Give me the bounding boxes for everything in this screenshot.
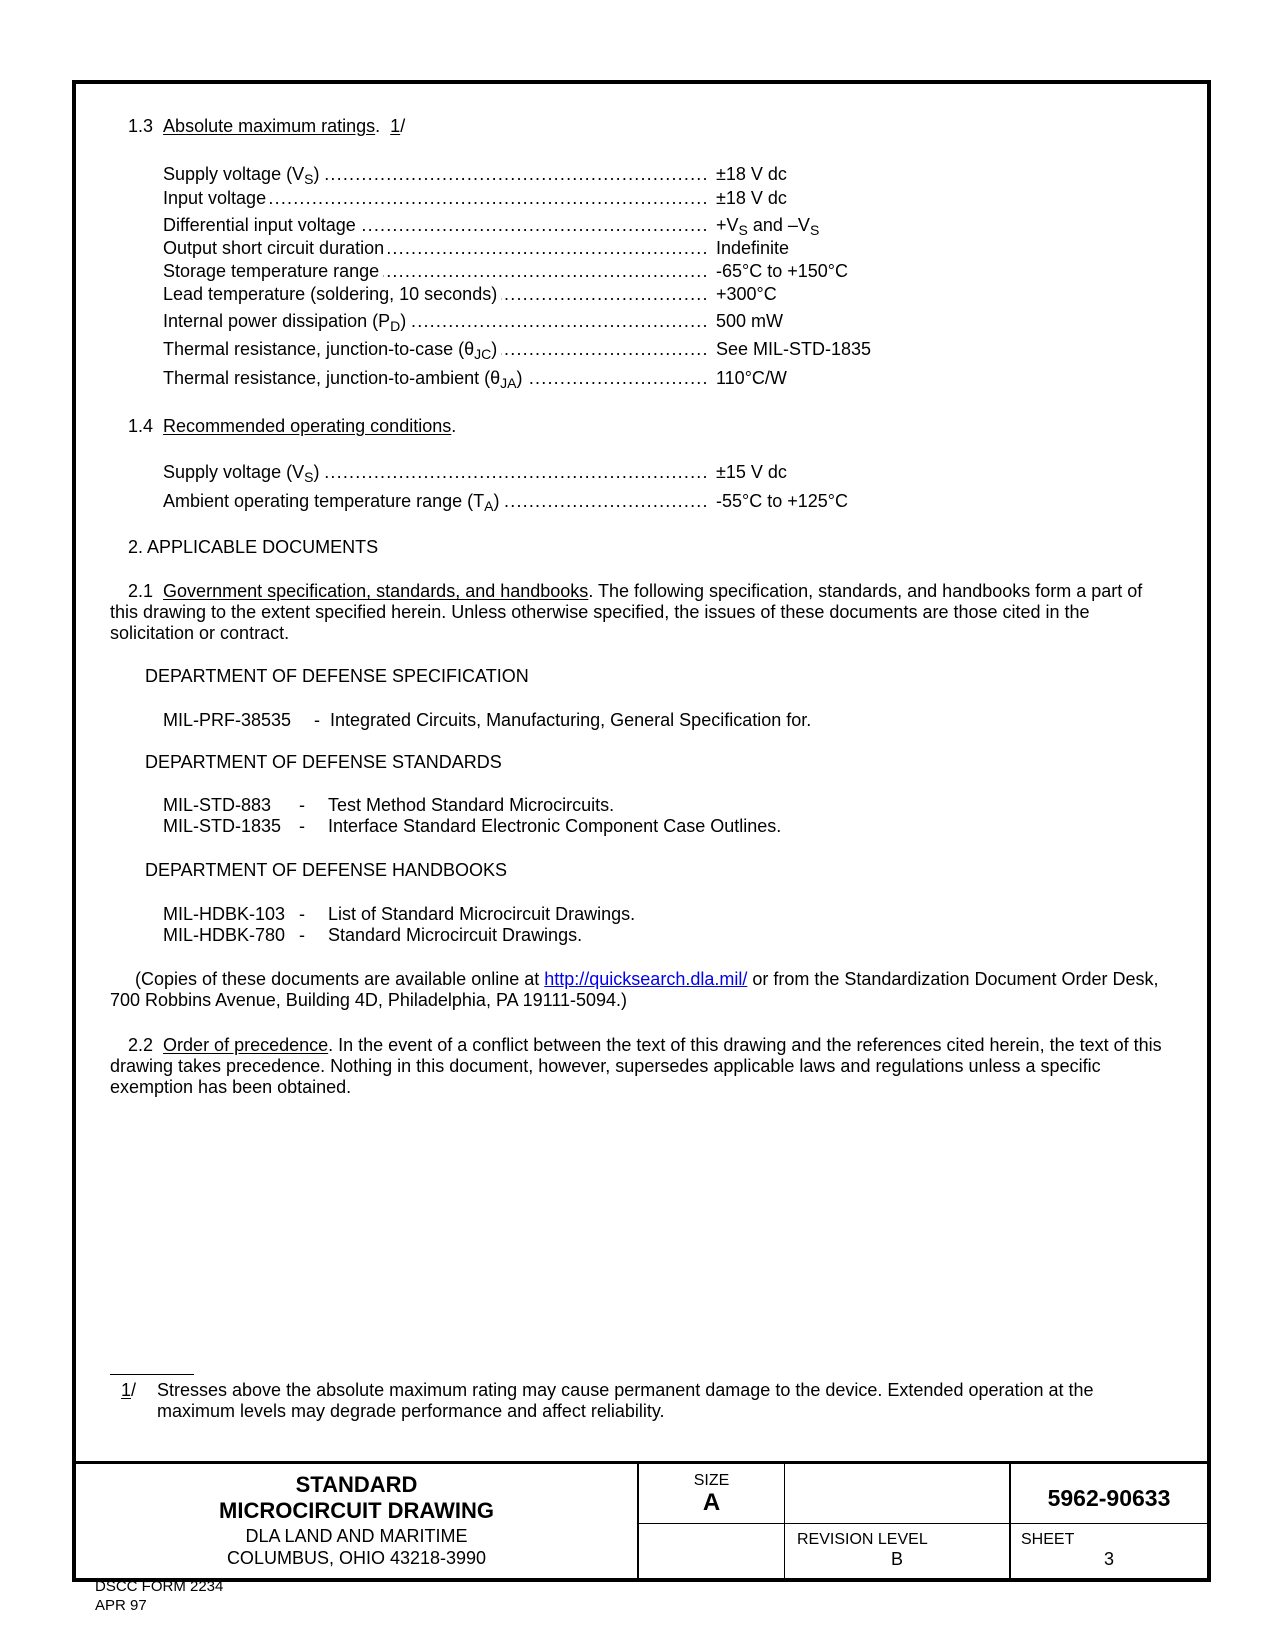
title-block-mid-rule bbox=[638, 1523, 1207, 1524]
rating-value: See MIL-STD-1835 bbox=[716, 339, 871, 360]
rating-value: +VS and –VS bbox=[716, 215, 819, 236]
quicksearch-link[interactable]: http://quicksearch.dla.mil/ bbox=[544, 969, 747, 989]
document-code: MIL-PRF-38535 bbox=[163, 710, 291, 731]
rating-label: Input voltage bbox=[163, 188, 270, 208]
document-title: Test Method Standard Microcircuits. bbox=[328, 795, 614, 816]
rating-value: -55°C to +125°C bbox=[716, 491, 848, 512]
rating-value: ±15 V dc bbox=[716, 462, 787, 483]
rating-label: Internal power dissipation (PD) bbox=[163, 311, 410, 331]
revision-label: REVISION LEVEL bbox=[797, 1530, 928, 1549]
rating-row: ........................................… bbox=[163, 215, 708, 236]
rating-label: Output short circuit duration bbox=[163, 238, 388, 258]
footnote-ref: 1 bbox=[390, 116, 400, 136]
rating-row: ........................................… bbox=[163, 491, 708, 512]
form-date: APR 97 bbox=[95, 1597, 147, 1615]
copies-text: (Copies of these documents are available… bbox=[135, 969, 544, 989]
section-number: 1.4 bbox=[128, 416, 153, 436]
document-title: Standard Microcircuit Drawings. bbox=[328, 925, 582, 946]
rating-row: ........................................… bbox=[163, 164, 708, 185]
document-title: Integrated Circuits, Manufacturing, Gene… bbox=[330, 710, 811, 731]
section-number: 2.1 bbox=[128, 581, 153, 601]
title-block-top-rule bbox=[76, 1461, 1207, 1464]
rating-row: ........................................… bbox=[163, 462, 708, 483]
rating-row: ........................................… bbox=[163, 238, 708, 259]
rating-value: 110°C/W bbox=[716, 368, 787, 389]
document-separator: - bbox=[314, 710, 320, 731]
document-code: MIL-HDBK-780 bbox=[163, 925, 285, 946]
document-separator: - bbox=[299, 925, 305, 946]
document-group-heading: DEPARTMENT OF DEFENSE HANDBOOKS bbox=[145, 860, 507, 881]
document-title: List of Standard Microcircuit Drawings. bbox=[328, 904, 635, 925]
drawing-number: 5962-90633 bbox=[1011, 1484, 1207, 1512]
footnote-slash: / bbox=[131, 1380, 136, 1400]
form-number: DSCC FORM 2234 bbox=[95, 1578, 223, 1596]
rating-label: Thermal resistance, junction-to-case (θJ… bbox=[163, 339, 501, 359]
section-title: Government specification, standards, and… bbox=[163, 581, 588, 601]
document-code: MIL-HDBK-103 bbox=[163, 904, 285, 925]
section-number: 1.3 bbox=[128, 116, 153, 136]
section-2-heading: 2. APPLICABLE DOCUMENTS bbox=[128, 537, 378, 558]
section-1-4-heading: 1.4 Recommended operating conditions. bbox=[128, 416, 456, 437]
rating-label: Supply voltage (VS) bbox=[163, 164, 323, 184]
rating-label: Lead temperature (soldering, 10 seconds) bbox=[163, 284, 501, 304]
copies-paragraph: (Copies of these documents are available… bbox=[110, 969, 1175, 1011]
document-separator: - bbox=[299, 904, 305, 925]
size-label: SIZE bbox=[639, 1471, 784, 1490]
section-2-2-paragraph: 2.2 Order of precedence. In the event of… bbox=[110, 1035, 1175, 1098]
org-name: DLA LAND AND MARITIME bbox=[76, 1526, 637, 1547]
sheet-value: 3 bbox=[1011, 1549, 1207, 1570]
rating-value: Indefinite bbox=[716, 238, 789, 259]
rating-row: ........................................… bbox=[163, 284, 708, 305]
title-standard: STANDARD bbox=[76, 1472, 637, 1498]
rating-value: 500 mW bbox=[716, 311, 783, 332]
footnote-number: 1 bbox=[121, 1380, 131, 1400]
rating-label: Thermal resistance, junction-to-ambient … bbox=[163, 368, 526, 388]
section-2-1-paragraph: 2.1 Government specification, standards,… bbox=[110, 581, 1175, 644]
rating-value: ±18 V dc bbox=[716, 164, 787, 185]
rating-value: ±18 V dc bbox=[716, 188, 787, 209]
section-title: Order of precedence bbox=[163, 1035, 328, 1055]
title-suffix: . bbox=[451, 416, 456, 436]
rating-row: ........................................… bbox=[163, 188, 708, 209]
document-group-heading: DEPARTMENT OF DEFENSE SPECIFICATION bbox=[145, 666, 529, 687]
document-separator: - bbox=[299, 795, 305, 816]
footnote-text: Stresses above the absolute maximum rati… bbox=[157, 1380, 1147, 1422]
revision-value: B bbox=[785, 1549, 1009, 1570]
section-title: Absolute maximum ratings bbox=[163, 116, 375, 136]
title-microcircuit-drawing: MICROCIRCUIT DRAWING bbox=[76, 1498, 637, 1524]
rating-row: ........................................… bbox=[163, 368, 708, 389]
document-separator: - bbox=[299, 816, 305, 837]
footnote-ref-suffix: / bbox=[400, 116, 405, 136]
rating-label: Differential input voltage bbox=[163, 215, 360, 235]
footnote-rule bbox=[110, 1374, 194, 1375]
document-code: MIL-STD-883 bbox=[163, 795, 271, 816]
document-code: MIL-STD-1835 bbox=[163, 816, 281, 837]
document-group-heading: DEPARTMENT OF DEFENSE STANDARDS bbox=[145, 752, 502, 773]
footnote-marker: 1/ bbox=[121, 1380, 136, 1401]
rating-row: ........................................… bbox=[163, 261, 708, 282]
rating-value: -65°C to +150°C bbox=[716, 261, 848, 282]
rating-label: Storage temperature range bbox=[163, 261, 383, 281]
sheet-label: SHEET bbox=[1021, 1530, 1074, 1549]
title-suffix: . bbox=[375, 116, 380, 136]
document-title: Interface Standard Electronic Component … bbox=[328, 816, 781, 837]
section-title: Recommended operating conditions bbox=[163, 416, 451, 436]
section-number: 2.2 bbox=[128, 1035, 153, 1055]
org-address: COLUMBUS, OHIO 43218-3990 bbox=[76, 1548, 637, 1569]
rating-label: Ambient operating temperature range (TA) bbox=[163, 491, 504, 511]
rating-label: Supply voltage (VS) bbox=[163, 462, 323, 482]
rating-value: +300°C bbox=[716, 284, 777, 305]
size-value: A bbox=[639, 1490, 784, 1516]
section-1-3-heading: 1.3 Absolute maximum ratings. 1/ bbox=[128, 116, 405, 137]
rating-row: ........................................… bbox=[163, 311, 708, 332]
rating-row: ........................................… bbox=[163, 339, 708, 360]
